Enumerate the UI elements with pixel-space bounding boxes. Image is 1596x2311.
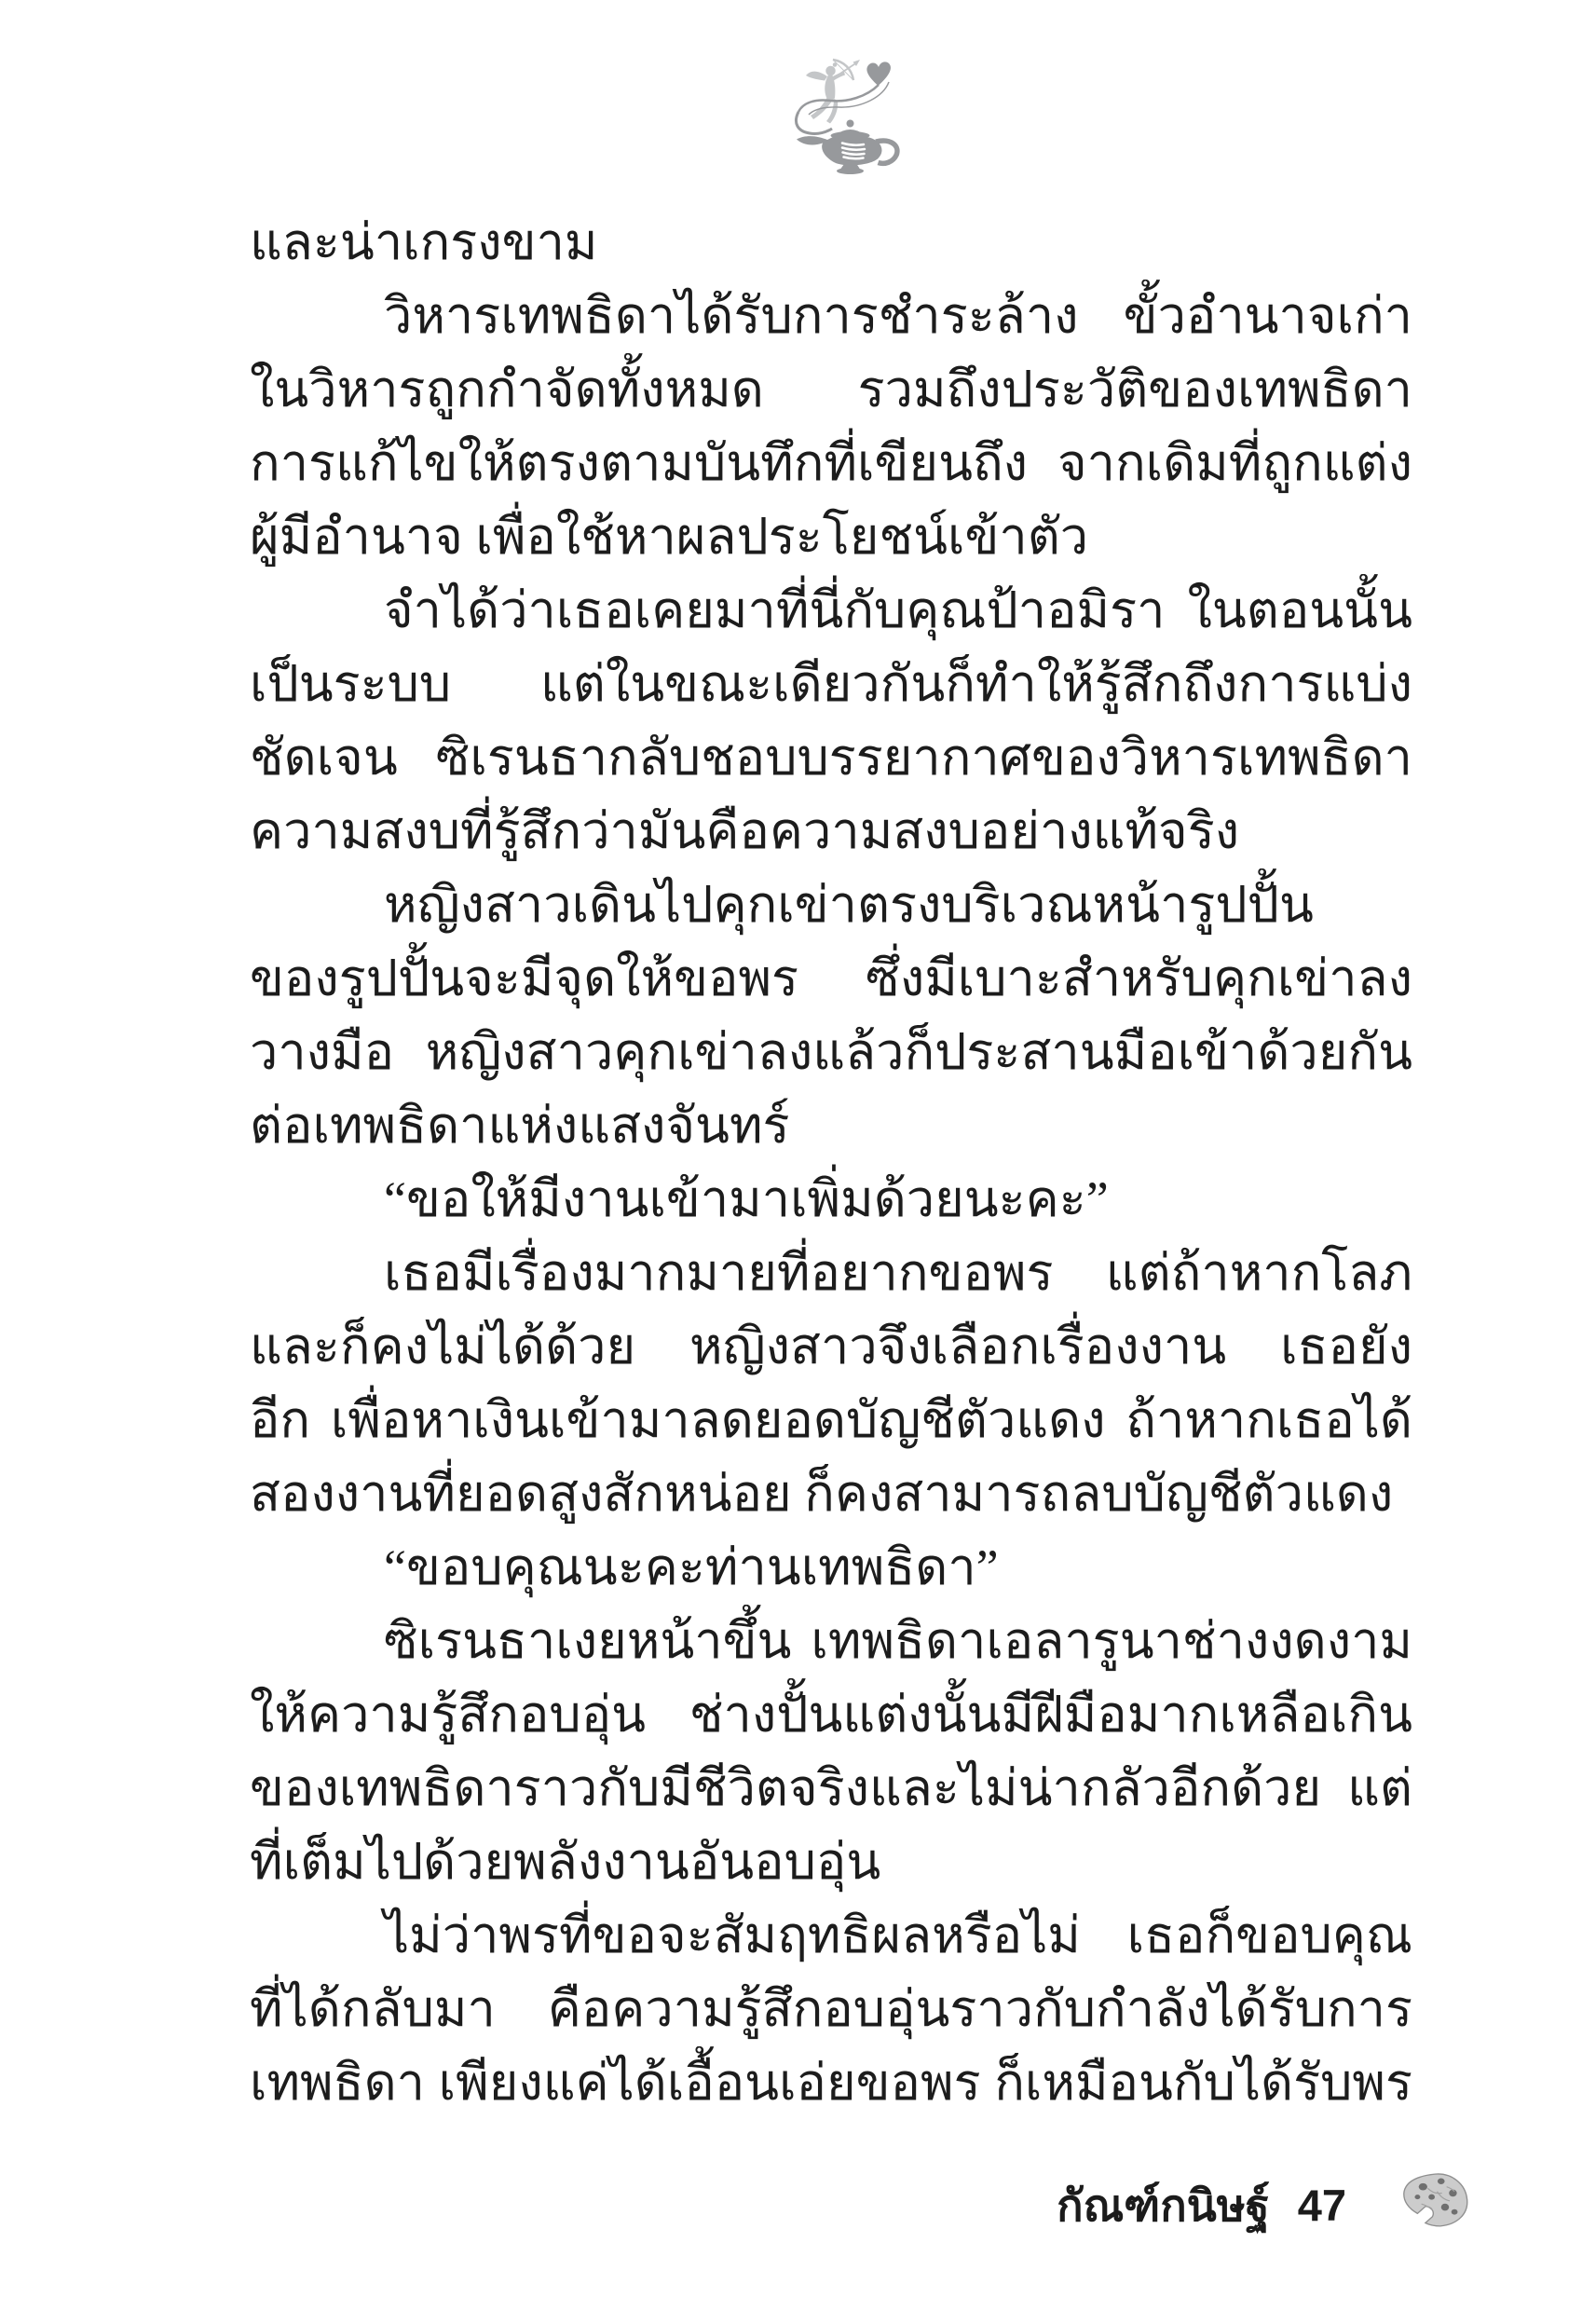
body-line: ต่อเทพธิดาแห่งแสงจันทร์ (250, 1089, 1412, 1163)
page-body-text: และน่าเกรงขาม วิหารเทพธิดาได้รับการชำระล… (250, 206, 1412, 2120)
body-line: ของเทพธิดาราวกับมีชีวิตจริงและไม่น่ากลัว… (250, 1752, 1412, 1826)
body-line: เทพธิดา เพียงแค่ได้เอื้อนเอ่ยขอพร ก็เหมื… (250, 2046, 1412, 2120)
body-line: วิหารเทพธิดาได้รับการชำระล้าง ขั้วอำนาจเ… (250, 280, 1412, 353)
body-line: ที่ได้กลับมา คือความรู้สึกอบอุ่นราวกับกำ… (250, 1973, 1412, 2046)
body-line-quote: “ขอบคุณนะคะท่านเทพธิดา” (250, 1531, 1412, 1605)
bitten-cookie-icon (1399, 2169, 1470, 2231)
body-line: การแก้ไขให้ตรงตามบันทึกที่เขียนถึง จากเด… (250, 427, 1412, 500)
body-line: หญิงสาวเดินไปคุกเข่าตรงบริเวณหน้ารูปปั้น… (250, 868, 1412, 942)
body-line: ชัดเจน ซิเรนธากลับชอบบรรยากาศของวิหารเทพ… (250, 721, 1412, 795)
body-line: ของรูปปั้นจะมีจุดให้ขอพร ซึ่งมีเบาะสำหรั… (250, 942, 1412, 1016)
body-line-quote: “ขอให้มีงานเข้ามาเพิ่มด้วยนะคะ” (250, 1163, 1412, 1237)
body-line: เป็นระบบ แต่ในขณะเดียวกันก็ทำให้รู้สึกถึ… (250, 648, 1412, 721)
body-line: เธอมีเรื่องมากมายที่อยากขอพร แต่ถ้าหากโล… (250, 1237, 1412, 1310)
body-line: ไม่ว่าพรที่ขอจะสัมฤทธิผลหรือไม่ เธอก็ขอบ… (250, 1899, 1412, 1973)
body-line: และก็คงไม่ได้ด้วย หญิงสาวจึงเลือกเรื่องง… (250, 1310, 1412, 1384)
body-line: วางมือ หญิงสาวคุกเข่าลงแล้วก็ประสานมือเข… (250, 1016, 1412, 1089)
body-line: และน่าเกรงขาม (250, 206, 1412, 280)
body-line: ที่เต็มไปด้วยพลังงานอันอบอุ่น (250, 1826, 1412, 1899)
body-line: ในวิหารถูกกำจัดทั้งหมด รวมถึงประวัติของเ… (250, 353, 1412, 427)
body-line: ให้ความรู้สึกอบอุ่น ช่างปั้นแต่งนั้นมีฝี… (250, 1678, 1412, 1752)
body-line: ซิเรนธาเงยหน้าขึ้น เทพธิดาเอลารูนาช่างงด… (250, 1605, 1412, 1678)
cupid-genie-lamp-ornament-icon (787, 52, 904, 175)
book-page: และน่าเกรงขาม วิหารเทพธิดาได้รับการชำระล… (0, 0, 1596, 2311)
body-line: สองงานที่ยอดสูงสักหน่อย ก็คงสามารถลบบัญช… (250, 1457, 1412, 1531)
body-line: ความสงบที่รู้สึกว่ามันคือความสงบอย่างแท้… (250, 795, 1412, 868)
body-line: อีก เพื่อหาเงินเข้ามาลดยอดบัญชีตัวแดง ถ้… (250, 1384, 1412, 1457)
body-line: จำได้ว่าเธอเคยมาที่นี่กับคุณป้าอมิรา ในต… (250, 574, 1412, 648)
body-line: ผู้มีอำนาจ เพื่อใช้หาผลประโยชน์เข้าตัว (250, 500, 1412, 574)
page-footer: กัณฑ์กนิษฐ์47 (839, 2177, 1346, 2235)
footer-book-title: กัณฑ์กนิษฐ์ (1057, 2181, 1270, 2230)
footer-page-number: 47 (1298, 2181, 1346, 2230)
